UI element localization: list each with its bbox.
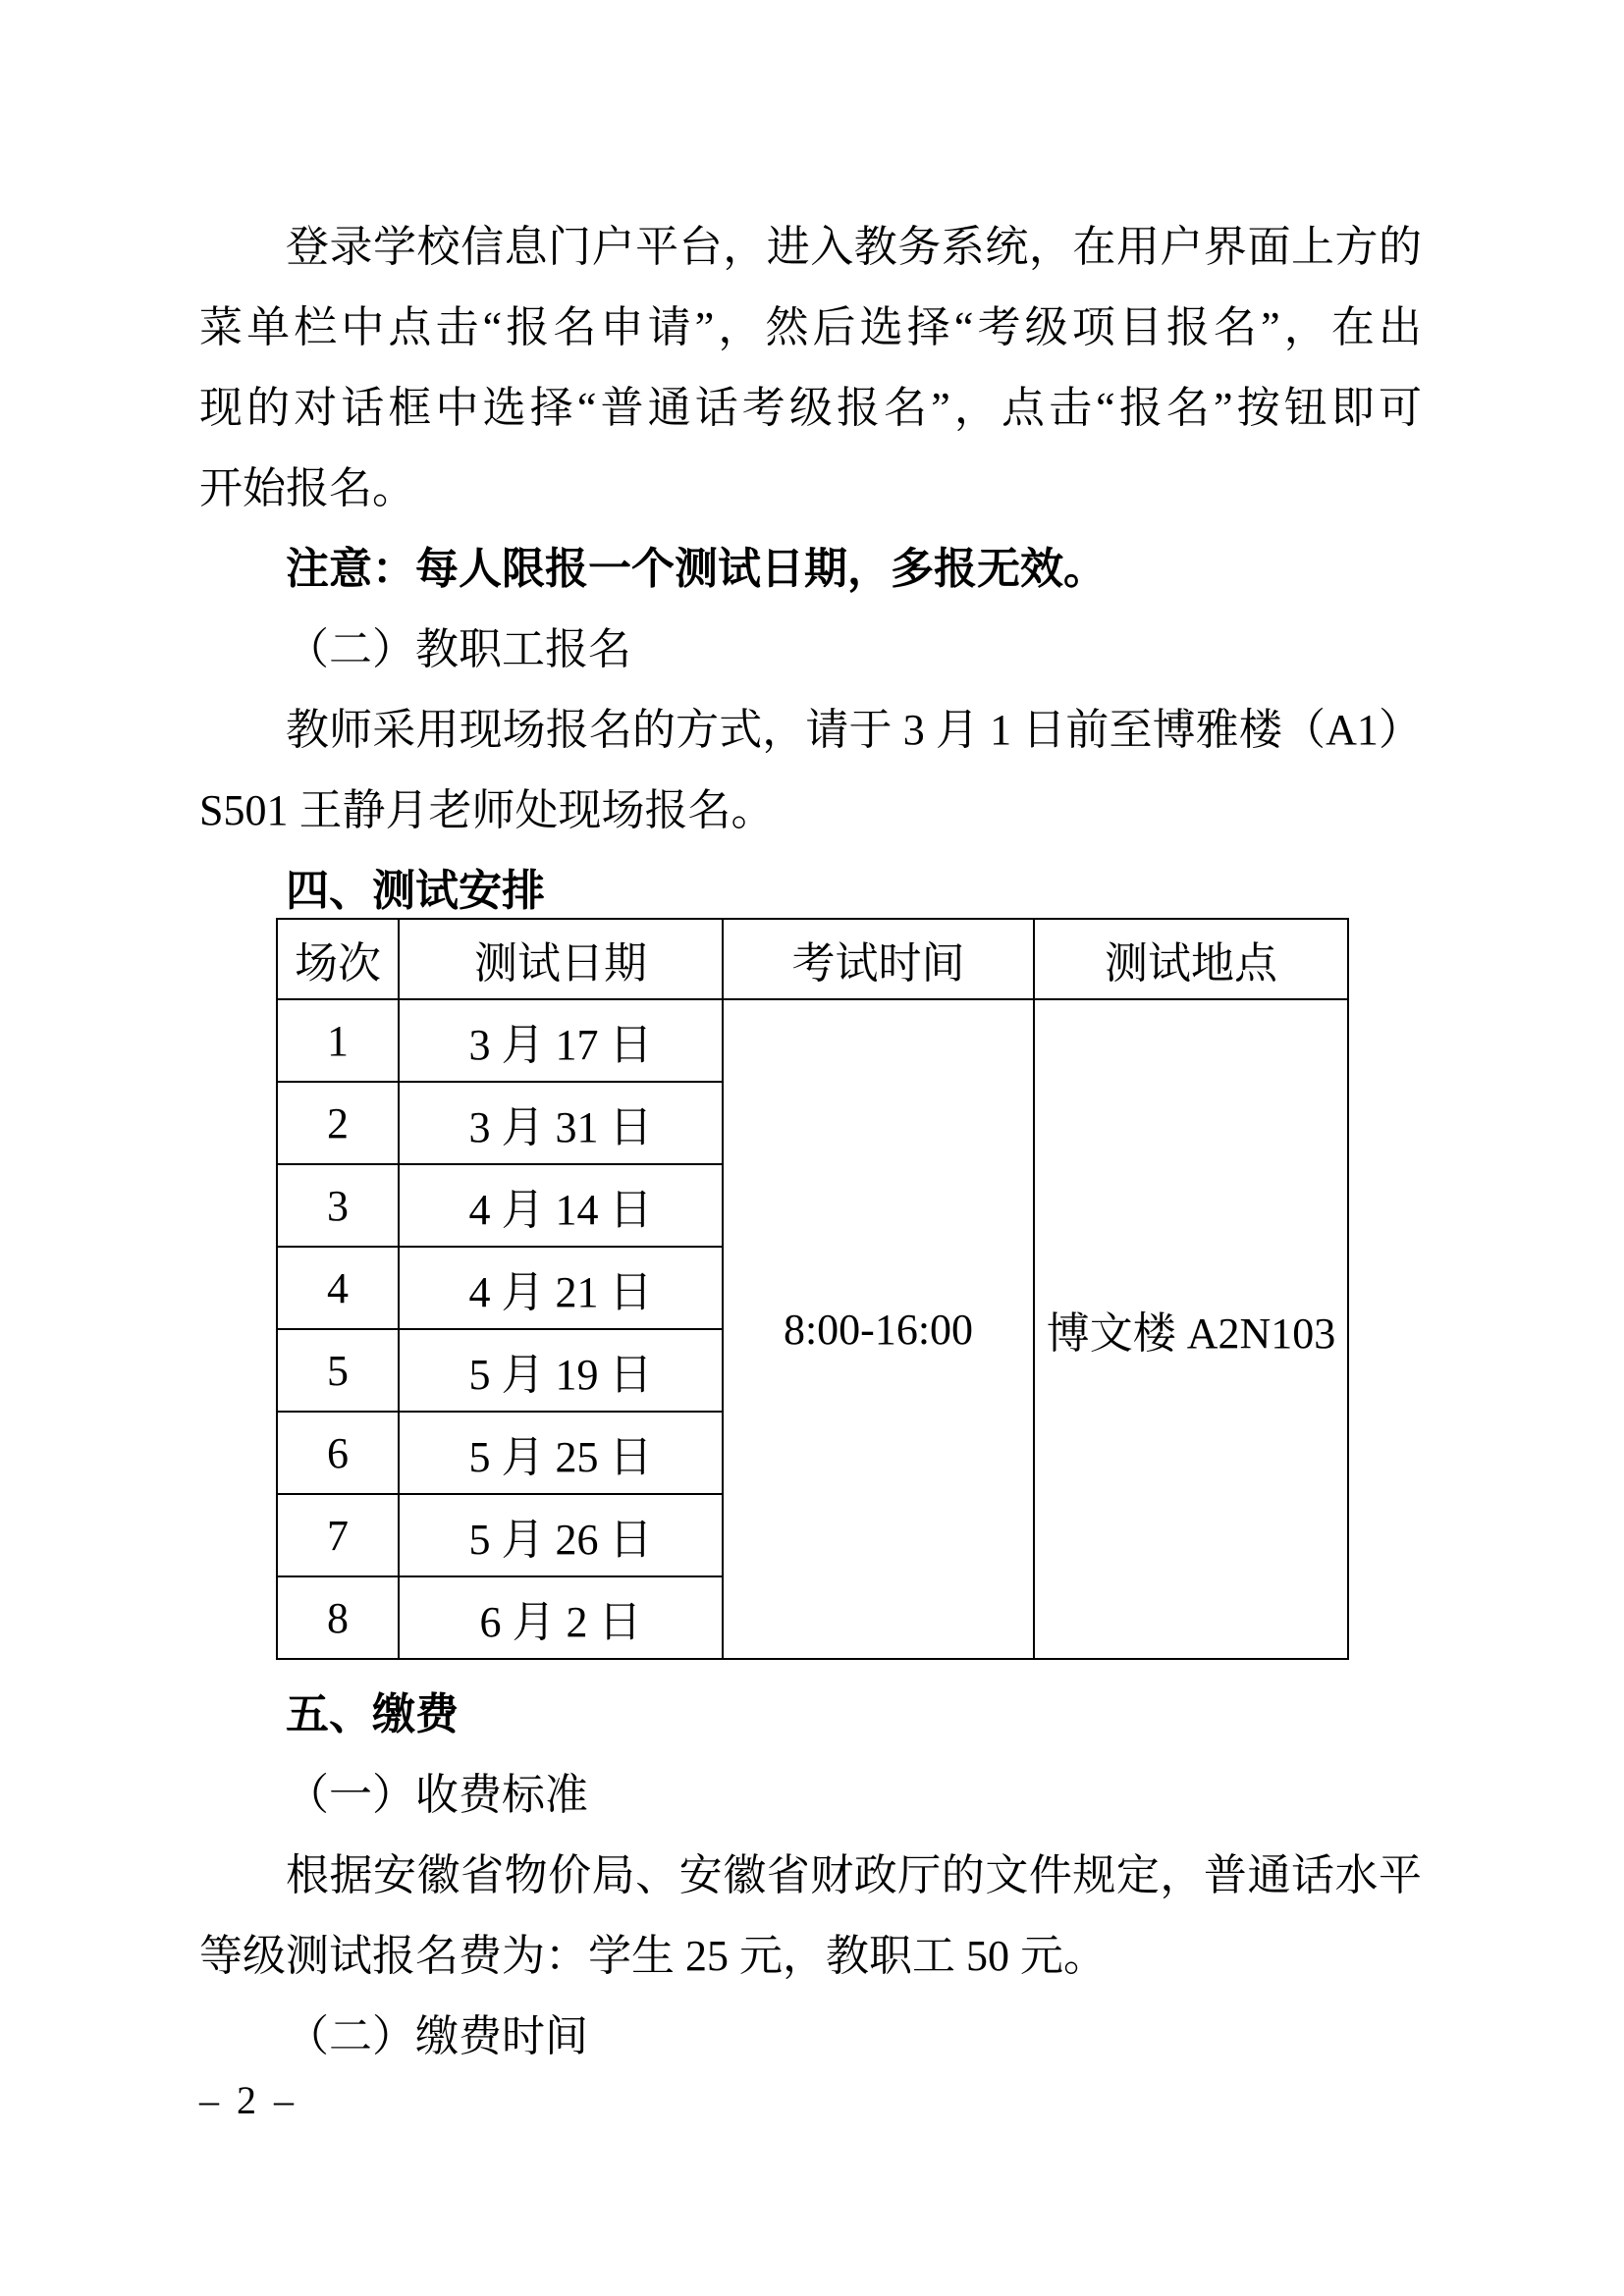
header-date: 测试日期 (399, 919, 723, 999)
session-cell: 6 (277, 1412, 399, 1494)
page-number: – 2 – (199, 2077, 298, 2123)
date-cell: 5 月 25 日 (399, 1412, 723, 1494)
date-cell: 3 月 31 日 (399, 1082, 723, 1164)
session-cell: 3 (277, 1164, 399, 1247)
session-cell: 5 (277, 1329, 399, 1412)
table-header-row: 场次 测试日期 考试时间 测试地点 (277, 919, 1348, 999)
date-cell: 6 月 2 日 (399, 1576, 723, 1659)
body-line: 登录学校信息门户平台，进入教务系统，在用户界面上方的 (199, 222, 1422, 273)
body-line: 等级测试报名费为：学生 25 元，教职工 50 元。 (199, 1931, 1422, 1982)
notice-line: 注意：每人限报一个测试日期，多报无效。 (199, 544, 1422, 595)
body-line: 菜单栏中点击“报名申请”，然后选择“考级项目报名”，在出 (199, 302, 1422, 353)
section-heading-test-arrangement: 四、测试安排 (199, 866, 1422, 917)
session-cell: 1 (277, 999, 399, 1082)
date-cell: 4 月 21 日 (399, 1247, 723, 1329)
section-heading-payment: 五、缴费 (199, 1689, 1422, 1740)
date-cell: 5 月 19 日 (399, 1329, 723, 1412)
header-location: 测试地点 (1034, 919, 1348, 999)
test-schedule-table: 场次 测试日期 考试时间 测试地点 1 3 月 17 日 8:00-16:00 … (276, 918, 1349, 1660)
session-cell: 7 (277, 1494, 399, 1576)
subsection-heading: （一）收费标准 (199, 1770, 1422, 1821)
session-cell: 4 (277, 1247, 399, 1329)
subsection-heading: （二）教职工报名 (199, 624, 1422, 675)
subsection-heading: （二）缴费时间 (199, 2011, 1422, 2062)
document-page: 登录学校信息门户平台，进入教务系统，在用户界面上方的 菜单栏中点击“报名申请”，… (0, 0, 1624, 2296)
exam-time-cell: 8:00-16:00 (723, 999, 1034, 1659)
table-row: 1 3 月 17 日 8:00-16:00 博文楼 A2N103 (277, 999, 1348, 1082)
body-line: 教师采用现场报名的方式，请于 3 月 1 日前至博雅楼（A1） (199, 705, 1422, 756)
date-cell: 5 月 26 日 (399, 1494, 723, 1576)
body-line: 开始报名。 (199, 463, 1422, 514)
date-cell: 3 月 17 日 (399, 999, 723, 1082)
body-line: 现的对话框中选择“普通话考级报名”，点击“报名”按钮即可 (199, 383, 1422, 434)
location-cell: 博文楼 A2N103 (1034, 999, 1348, 1659)
header-time: 考试时间 (723, 919, 1034, 999)
body-line: 根据安徽省物价局、安徽省财政厅的文件规定，普通话水平 (199, 1850, 1422, 1901)
session-cell: 2 (277, 1082, 399, 1164)
date-cell: 4 月 14 日 (399, 1164, 723, 1247)
session-cell: 8 (277, 1576, 399, 1659)
body-line: S501 王静月老师处现场报名。 (199, 785, 1422, 836)
header-session: 场次 (277, 919, 399, 999)
